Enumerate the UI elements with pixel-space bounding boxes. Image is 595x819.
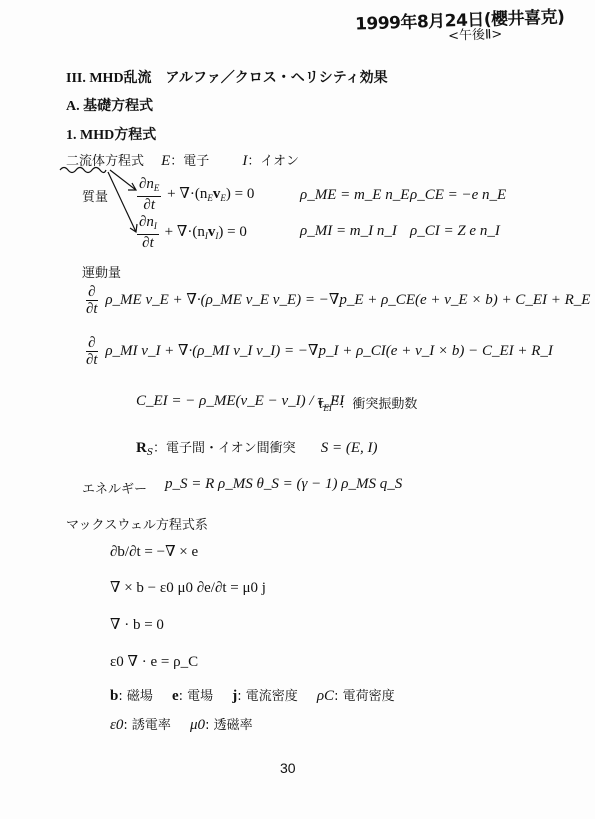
energy-label: エネルギー [82,478,147,497]
momentum-eq-electron: ∂∂t ρ_ME v_E + ∇·(ρ_ME v_E v_E) = −∇p_E … [82,284,590,317]
mass-label: 質量 [82,186,108,205]
section-heading: III. MHD乱流 アルファ／クロス・ヘリシティ効果 [66,67,388,87]
rho-ci-def: ρ_CI = Z e n_I [410,223,500,240]
collision-frequency-label: ：衝突振動数 [339,397,417,412]
ion-label: ：イオン [247,154,299,169]
collision-term-def: C_EI = − ρ_ME(v_E − v_I) / τ_EI [136,393,344,410]
rho-mi-def: ρ_MI = m_I n_I [300,223,397,240]
electron-label: ：電子 [170,154,209,169]
faraday-eq: ∂b/∂t = −∇ × e [110,542,198,561]
ampere-eq: ∇ × b − ε0 μ0 ∂e/∂t = μ0 j [110,578,266,597]
continuity-eq-electron: ∂nE∂t + ∇·(nEvE) = 0 [135,176,254,213]
energy-eq: p_S = R ρ_MS θ_S = (γ − 1) ρ_MS q_S [165,476,402,493]
rho-ce-def: ρ_CE = −e n_E [410,187,506,204]
gauss-electric-eq: ε0 ∇ · e = ρ_C [110,652,198,671]
maxwell-legend-row-2: ε0: 誘電率 μ0: 透磁率 [110,714,253,734]
gauss-magnetic-eq: ∇ · b = 0 [110,615,164,634]
page-number: 30 [280,760,296,776]
rho-me-def: ρ_ME = m_E n_E [300,187,409,204]
maxwell-legend-row-1: b: 磁場 e: 電場 j: 電流密度 ρC: 電荷密度 [110,685,395,705]
maxwell-title: マックスウェル方程式系 [66,514,208,533]
handwritten-session-note: <午後Ⅱ> [448,23,503,44]
momentum-label: 運動量 [82,262,121,281]
subsection-heading: A. 基礎方程式 [66,95,153,115]
collision-r-label: ：電子間・イオン間衝突 [153,441,296,456]
momentum-eq-ion: ∂∂t ρ_MI v_I + ∇·(ρ_MI v_I v_I) = −∇p_I … [82,335,553,368]
collision-r-line: RS：電子間・イオン間衝突 S = (E, I) [136,437,378,458]
electron-symbol: E [161,153,170,169]
species-def: S = (E, I) [321,440,378,456]
collision-frequency-line: τEI-1：衝突振動数 [318,393,417,413]
continuity-eq-ion: ∂nI∂t + ∇·(nIvI) = 0 [135,214,247,251]
subsubsection-heading: 1. MHD方程式 [66,124,156,144]
